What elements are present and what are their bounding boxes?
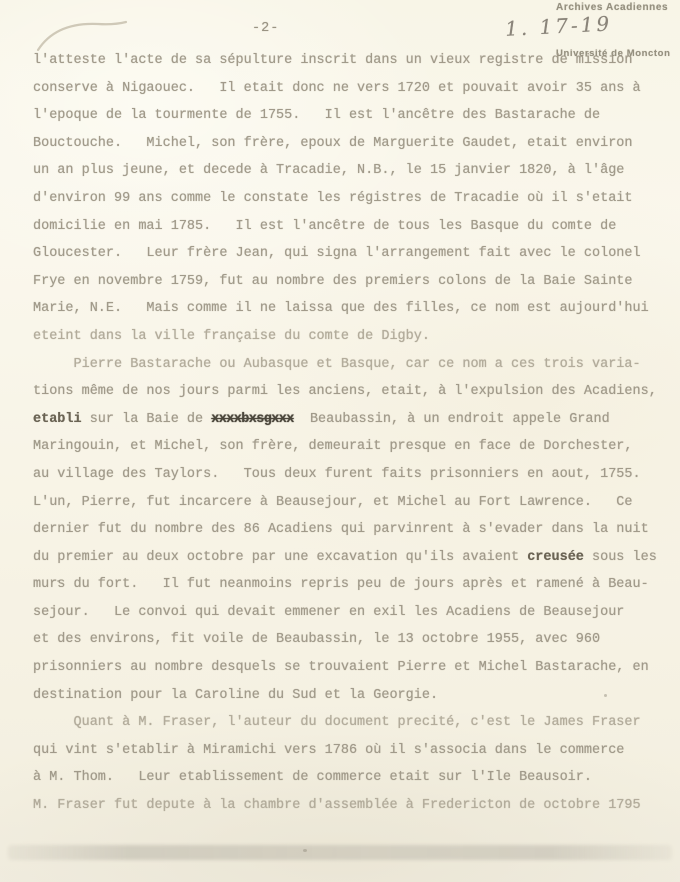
text-segment: Quant à M. Fraser, l'auteur du document … <box>33 715 641 730</box>
overtyped-word: etabli <box>33 412 82 427</box>
document-line: Marie, N.E. Mais comme il ne laissa que … <box>33 295 673 323</box>
document-line: Gloucester. Leur frère Jean, qui signa l… <box>33 240 673 268</box>
paper-speck <box>303 849 307 852</box>
text-segment: l'epoque de la tourmente de 1755. Il est… <box>33 108 600 123</box>
document-line: du premier au deux octobre par une excav… <box>33 544 673 572</box>
text-segment: sous les <box>584 550 657 565</box>
text-segment: Frye en novembre 1759, fut au nombre des… <box>33 274 633 289</box>
text-segment: Maringouin, et Michel, son frère, demeur… <box>33 439 633 454</box>
text-segment: Marie, N.E. Mais comme il ne laissa que … <box>33 301 649 316</box>
document-line: prisonniers au nombre desquels se trouva… <box>33 654 673 682</box>
document-line: un an plus jeune, et decede à Tracadie, … <box>33 157 673 185</box>
handwritten-call-number: 1. 17-19 <box>504 9 655 41</box>
document-line: et des environs, fit voile de Beaubassin… <box>33 626 673 654</box>
text-segment: Bouctouche. Michel, son frère, epoux de … <box>33 136 633 151</box>
scan-shadow-band <box>8 845 672 860</box>
document-line: destination pour la Caroline du Sud et l… <box>33 682 673 710</box>
document-line: à M. Thom. Leur etablissement de commerc… <box>33 764 673 792</box>
text-segment: domicilie en mai 1785. Il est l'ancêtre … <box>33 219 616 234</box>
document-line: murs du fort. Il fut neanmoins repris pe… <box>33 571 673 599</box>
text-segment: L'un, Pierre, fut incarcere à Beausejour… <box>33 495 633 510</box>
text-segment: M. Fraser fut depute à la chambre d'asse… <box>33 798 641 813</box>
document-line: M. Fraser fut depute à la chambre d'asse… <box>33 792 673 820</box>
document-line: dernier fut du nombre des 86 Acadiens qu… <box>33 516 673 544</box>
document-lines: l'atteste l'acte de sa sépulture inscrit… <box>33 47 673 820</box>
overtyped-word: creusée <box>527 550 584 565</box>
text-segment: Gloucester. Leur frère Jean, qui signa l… <box>33 246 641 261</box>
text-segment: conserve à Nigaouec. Il etait donc ne ve… <box>33 81 641 96</box>
paper-speck <box>57 580 60 582</box>
text-segment: tions même de nos jours parmi les ancien… <box>33 384 657 399</box>
text-segment: l'atteste l'acte de sa sépulture inscrit… <box>33 53 633 68</box>
page-number: -2- <box>252 21 279 36</box>
text-segment: au village des Taylors. Tous deux furent… <box>33 467 641 482</box>
text-segment: murs du fort. Il fut neanmoins repris pe… <box>33 577 649 592</box>
document-line: Quant à M. Fraser, l'auteur du document … <box>33 709 673 737</box>
overstruck-word: xxxxbxsgxxx <box>211 412 294 427</box>
paper-speck <box>604 694 607 697</box>
text-segment: qui vint s'etablir à Miramichi vers 1786… <box>33 743 624 758</box>
document-line: l'epoque de la tourmente de 1755. Il est… <box>33 102 673 130</box>
document-line: sejour. Le convoi qui devait emmener en … <box>33 599 673 627</box>
document-line: tions même de nos jours parmi les ancien… <box>33 378 673 406</box>
document-line: etabli sur la Baie de xxxxbxsgxxx Beauba… <box>33 406 673 434</box>
document-line: Frye en novembre 1759, fut au nombre des… <box>33 268 673 296</box>
document-line: conserve à Nigaouec. Il etait donc ne ve… <box>33 75 673 103</box>
text-segment: sejour. Le convoi qui devait emmener en … <box>33 605 624 620</box>
text-segment: prisonniers au nombre desquels se trouva… <box>33 660 649 675</box>
text-segment: du premier au deux octobre par une excav… <box>33 550 527 565</box>
document-line: Pierre Bastarache ou Aubasque et Basque,… <box>33 351 673 379</box>
document-line: d'environ 99 ans comme le constate les r… <box>33 185 673 213</box>
scanned-document-page: -2- Archives Acadiennes 1. 17-19 Univers… <box>0 0 680 882</box>
text-segment: sur la Baie de <box>82 412 212 427</box>
text-segment: eteint dans la ville française du comte … <box>33 329 430 344</box>
document-line: qui vint s'etablir à Miramichi vers 1786… <box>33 737 673 765</box>
document-line: domicilie en mai 1785. Il est l'ancêtre … <box>33 213 673 241</box>
text-segment: dernier fut du nombre des 86 Acadiens qu… <box>33 522 649 537</box>
document-line: eteint dans la ville française du comte … <box>33 323 673 351</box>
text-segment: à M. Thom. Leur etablissement de commerc… <box>33 770 592 785</box>
document-line: Bouctouche. Michel, son frère, epoux de … <box>33 130 673 158</box>
text-segment: Pierre Bastarache ou Aubasque et Basque,… <box>33 357 641 372</box>
text-segment: et des environs, fit voile de Beaubassin… <box>33 632 600 647</box>
text-segment: destination pour la Caroline du Sud et l… <box>33 688 438 703</box>
text-segment: un an plus jeune, et decede à Tracadie, … <box>33 163 624 178</box>
text-segment: d'environ 99 ans comme le constate les r… <box>33 191 633 206</box>
text-segment: Beaubassin, à un endroit appele Grand <box>294 412 610 427</box>
document-line: au village des Taylors. Tous deux furent… <box>33 461 673 489</box>
document-line: Maringouin, et Michel, son frère, demeur… <box>33 433 673 461</box>
document-line: L'un, Pierre, fut incarcere à Beausejour… <box>33 489 673 517</box>
document-line: l'atteste l'acte de sa sépulture inscrit… <box>33 47 673 75</box>
